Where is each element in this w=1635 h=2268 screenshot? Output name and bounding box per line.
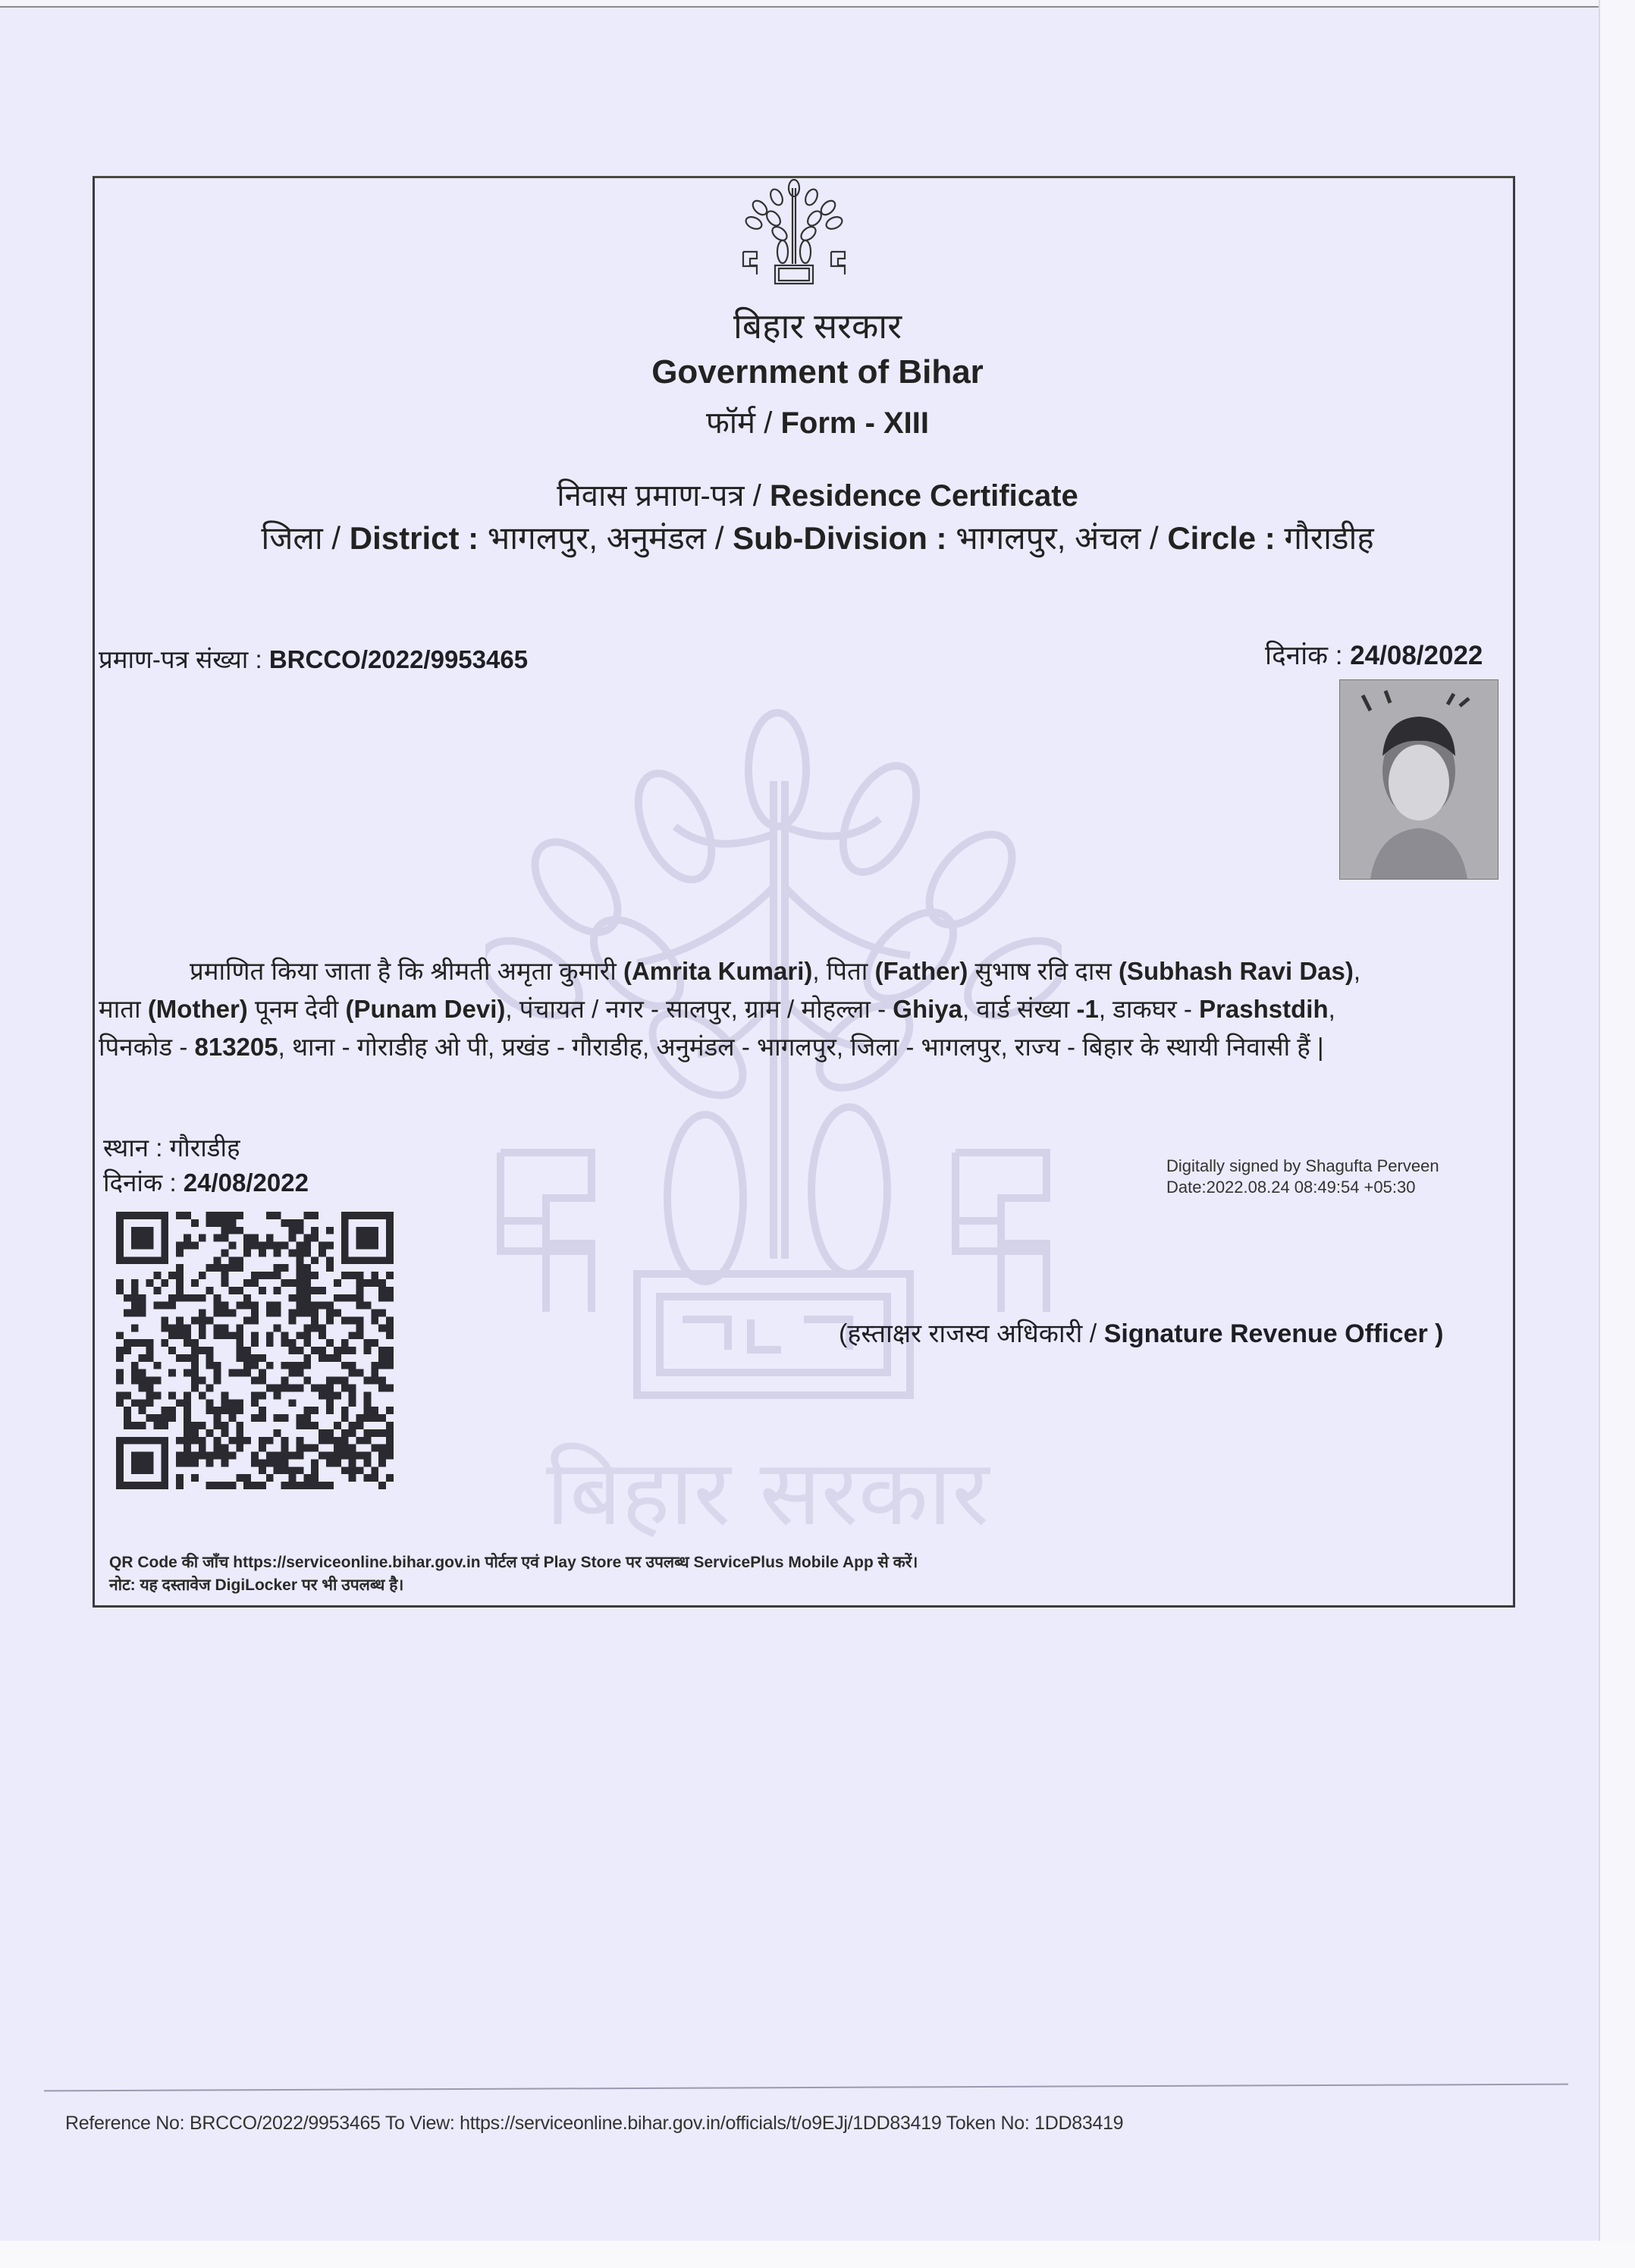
issue-date-label: दिनांक :	[103, 1169, 177, 1197]
body-text-fragment: (Mother)	[148, 995, 248, 1023]
district-value: भागलपुर,	[488, 520, 598, 556]
issue-place: स्थान : गौराडीह	[103, 1130, 240, 1164]
body-text-fragment: , थाना - गोराडीह ओ पी, प्रखंड - गौराडीह,…	[278, 1033, 1324, 1061]
body-text-fragment: पूनम देवी	[248, 995, 346, 1023]
body-text-fragment: Prashstdih	[1199, 995, 1329, 1023]
certificate-body: प्रमाणित किया जाता है कि श्रीमती अमृता क…	[99, 952, 1502, 1066]
issue-date: दिनांक : 24/08/2022	[103, 1165, 309, 1199]
reference-footer: Reference No: BRCCO/2022/9953465 To View…	[65, 2113, 1123, 2135]
subdivision-label-hindi: अनुमंडल /	[607, 520, 724, 556]
body-line-2: माता (Mother) पूनम देवी (Punam Devi), पं…	[99, 990, 1502, 1028]
signature-label: (हस्ताक्षर राजस्व अधिकारी / Signature Re…	[839, 1315, 1443, 1350]
qr-note-line-1: QR Code की जाँच https://serviceonline.bi…	[109, 1551, 918, 1574]
body-text-fragment: (Amrita Kumari)	[623, 957, 812, 985]
certificate-number-label: प्रमाण-पत्र संख्या :	[99, 645, 262, 673]
digital-signature-date: Date:2022.08.24 08:49:54 +05:30	[1166, 1177, 1439, 1198]
applicant-photo	[1339, 679, 1498, 880]
subdivision-label: Sub-Division :	[733, 520, 946, 556]
page-bottom-edge	[0, 2241, 1635, 2268]
issue-date-value: 24/08/2022	[184, 1169, 309, 1197]
circle-label: Circle :	[1167, 520, 1275, 556]
circle-label-hindi: अंचल /	[1075, 520, 1159, 556]
subdivision-value: भागलपुर,	[956, 520, 1065, 556]
body-text-fragment: (Subhash Ravi Das)	[1119, 957, 1354, 985]
body-text-fragment: प्रमाणित किया जाता है कि श्रीमती अमृता क…	[190, 957, 623, 985]
form-label-hindi: फॉर्म /	[706, 406, 772, 440]
signature-label-english: Signature Revenue Officer )	[1104, 1319, 1444, 1348]
district-label: District :	[350, 520, 479, 556]
body-text-fragment: -1	[1077, 995, 1099, 1023]
hindi-government-title: बिहार सरकार	[0, 302, 1635, 349]
body-text-fragment: सुभाष रवि दास	[968, 957, 1119, 985]
digital-signature: Digitally signed by Shagufta Perveen Dat…	[1166, 1156, 1439, 1198]
signature-label-hindi: (हस्ताक्षर राजस्व अधिकारी /	[839, 1319, 1097, 1348]
footer-divider	[44, 2084, 1568, 2092]
body-text-fragment: ,	[1354, 957, 1360, 985]
issue-date-top: दिनांक : 24/08/2022	[1265, 637, 1483, 673]
circle-value: गौराडीह	[1284, 520, 1373, 556]
certificate-title: निवास प्रमाण-पत्र / Residence Certificat…	[0, 473, 1635, 515]
date-label: दिनांक :	[1265, 641, 1342, 670]
body-text-fragment: , डाकघर -	[1099, 995, 1199, 1023]
digilocker-note: नोट: यह दस्तावेज DigiLocker पर भी उपलब्ध…	[109, 1574, 918, 1597]
certificate-title-english: Residence Certificate	[770, 479, 1078, 513]
government-title: Government of Bihar	[0, 353, 1635, 391]
body-line-3: पिनकोड - 813205, थाना - गोराडीह ओ पी, प्…	[99, 1028, 1502, 1066]
qr-code-icon[interactable]	[115, 1212, 394, 1489]
date-value: 24/08/2022	[1350, 641, 1483, 670]
body-text-fragment: पिनकोड -	[99, 1033, 194, 1061]
district-label-hindi: जिला /	[261, 520, 340, 556]
certificate-title-hindi: निवास प्रमाण-पत्र /	[557, 479, 761, 513]
body-text-fragment: (Punam Devi)	[346, 995, 506, 1023]
person-photo-icon	[1340, 680, 1498, 879]
form-label-english: Form - XIII	[780, 406, 929, 440]
body-text-fragment: , वार्ड संख्या	[962, 995, 1077, 1023]
body-text-fragment: , पंचायत / नगर - सालपुर, ग्राम / मोहल्ला…	[505, 995, 893, 1023]
body-text-fragment: माता	[99, 995, 148, 1023]
body-text-fragment: , पिता	[812, 957, 874, 985]
bihar-emblem-icon	[737, 179, 851, 285]
body-text-fragment: Ghiya	[893, 995, 962, 1023]
body-text-fragment: ,	[1329, 995, 1335, 1023]
qr-verification-note: QR Code की जाँच https://serviceonline.bi…	[109, 1551, 918, 1597]
form-number: फॉर्म / Form - XIII	[0, 400, 1635, 442]
certificate-number-value: BRCCO/2022/9953465	[269, 645, 528, 673]
jurisdiction-line: जिला / District : भागलपुर, अनुमंडल / Sub…	[0, 516, 1635, 559]
digital-signature-signer: Digitally signed by Shagufta Perveen	[1166, 1156, 1439, 1177]
page-top-edge	[0, 0, 1635, 8]
place-label: स्थान :	[103, 1134, 162, 1162]
body-text-fragment: 813205	[194, 1033, 278, 1061]
certificate-number: प्रमाण-पत्र संख्या : BRCCO/2022/9953465	[99, 642, 528, 676]
body-text-fragment: (Father)	[875, 957, 968, 985]
place-value: गौराडीह	[170, 1134, 240, 1162]
body-line-1: प्रमाणित किया जाता है कि श्रीमती अमृता क…	[99, 952, 1502, 990]
